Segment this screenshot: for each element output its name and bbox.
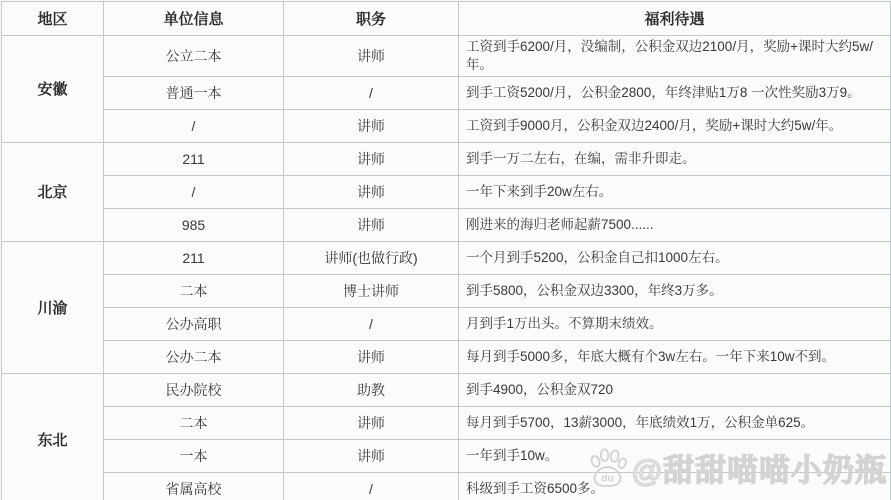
unit-cell: /	[104, 109, 284, 142]
benefit-cell: 工资到手6200/月，没编制，公积金双边2100/月，奖励+课时大约5w/年。	[459, 36, 891, 77]
region-cell-anhui: 安徽	[2, 36, 104, 143]
benefit-cell: 一年下来到手20w左右。	[459, 175, 891, 208]
benefit-cell: 一个月到手5200，公积金自己扣1000左右。	[459, 241, 891, 274]
region-cell-dongbei: 东北	[2, 373, 104, 500]
position-cell: 讲师	[284, 36, 459, 77]
header-benefit: 福利待遇	[459, 2, 891, 36]
table-row: 北京 211 讲师 到手一万二左右，在编，需非升即走。	[2, 142, 891, 175]
unit-cell: 985	[104, 208, 284, 241]
header-position: 职务	[284, 2, 459, 36]
salary-table: 地区 单位信息 职务 福利待遇 安徽 公立二本 讲师 工资到手6200/月，没编…	[1, 1, 891, 500]
header-row: 地区 单位信息 职务 福利待遇	[2, 2, 891, 36]
unit-cell: 公办高职	[104, 307, 284, 340]
table-row: 川渝 211 讲师(也做行政) 一个月到手5200，公积金自己扣1000左右。	[2, 241, 891, 274]
benefit-cell: 一年到手10w。	[459, 439, 891, 472]
benefit-cell: 每月到手5000多，年底大概有个3w左右。一年下来10w不到。	[459, 340, 891, 373]
benefit-cell: 工资到手9000月，公积金双边2400/月，奖励+课时大约5w/年。	[459, 109, 891, 142]
table-row: / 讲师 一年下来到手20w左右。	[2, 175, 891, 208]
table-row: 985 讲师 刚进来的海归老师起薪7500......	[2, 208, 891, 241]
benefit-cell: 月到手1万出头。不算期末绩效。	[459, 307, 891, 340]
unit-cell: 民办院校	[104, 373, 284, 406]
unit-cell: 公立二本	[104, 36, 284, 77]
header-region: 地区	[2, 2, 104, 36]
position-cell: /	[284, 307, 459, 340]
benefit-cell: 到手4900，公积金双720	[459, 373, 891, 406]
position-cell: 讲师	[284, 208, 459, 241]
position-cell: 讲师	[284, 340, 459, 373]
position-cell: 讲师	[284, 109, 459, 142]
unit-cell: 普通一本	[104, 76, 284, 109]
benefit-cell: 到手一万二左右，在编，需非升即走。	[459, 142, 891, 175]
position-cell: 讲师	[284, 142, 459, 175]
benefit-cell: 科级到手工资6500多。	[459, 472, 891, 500]
benefit-cell: 每月到手5700，13薪3000，年底绩效1万，公积金单625。	[459, 406, 891, 439]
position-cell: 讲师	[284, 439, 459, 472]
table-row: 安徽 公立二本 讲师 工资到手6200/月，没编制，公积金双边2100/月，奖励…	[2, 36, 891, 77]
table-row: 普通一本 / 到手工资5200/月，公积金2800，年终津贴1万8 一次性奖励3…	[2, 76, 891, 109]
table-row: 公办高职 / 月到手1万出头。不算期末绩效。	[2, 307, 891, 340]
position-cell: 博士讲师	[284, 274, 459, 307]
region-cell-beijing: 北京	[2, 142, 104, 241]
unit-cell: 省属高校	[104, 472, 284, 500]
table-row: 东北 民办院校 助教 到手4900，公积金双720	[2, 373, 891, 406]
position-cell: /	[284, 472, 459, 500]
unit-cell: 一本	[104, 439, 284, 472]
benefit-cell: 刚进来的海归老师起薪7500......	[459, 208, 891, 241]
unit-cell: 二本	[104, 406, 284, 439]
header-unit: 单位信息	[104, 2, 284, 36]
table-row: 省属高校 / 科级到手工资6500多。	[2, 472, 891, 500]
table-row: 一本 讲师 一年到手10w。	[2, 439, 891, 472]
table-row: / 讲师 工资到手9000月，公积金双边2400/月，奖励+课时大约5w/年。	[2, 109, 891, 142]
table-row: 二本 博士讲师 到手5800，公积金双边3300，年终3万多。	[2, 274, 891, 307]
table-row: 二本 讲师 每月到手5700，13薪3000，年底绩效1万，公积金单625。	[2, 406, 891, 439]
position-cell: 讲师(也做行政)	[284, 241, 459, 274]
region-cell-chuanyu: 川渝	[2, 241, 104, 373]
position-cell: 讲师	[284, 406, 459, 439]
position-cell: /	[284, 76, 459, 109]
unit-cell: 211	[104, 142, 284, 175]
unit-cell: 211	[104, 241, 284, 274]
position-cell: 讲师	[284, 175, 459, 208]
position-cell: 助教	[284, 373, 459, 406]
unit-cell: 公办二本	[104, 340, 284, 373]
benefit-cell: 到手工资5200/月，公积金2800，年终津贴1万8 一次性奖励3万9。	[459, 76, 891, 109]
unit-cell: 二本	[104, 274, 284, 307]
unit-cell: /	[104, 175, 284, 208]
benefit-cell: 到手5800，公积金双边3300，年终3万多。	[459, 274, 891, 307]
table-row: 公办二本 讲师 每月到手5000多，年底大概有个3w左右。一年下来10w不到。	[2, 340, 891, 373]
